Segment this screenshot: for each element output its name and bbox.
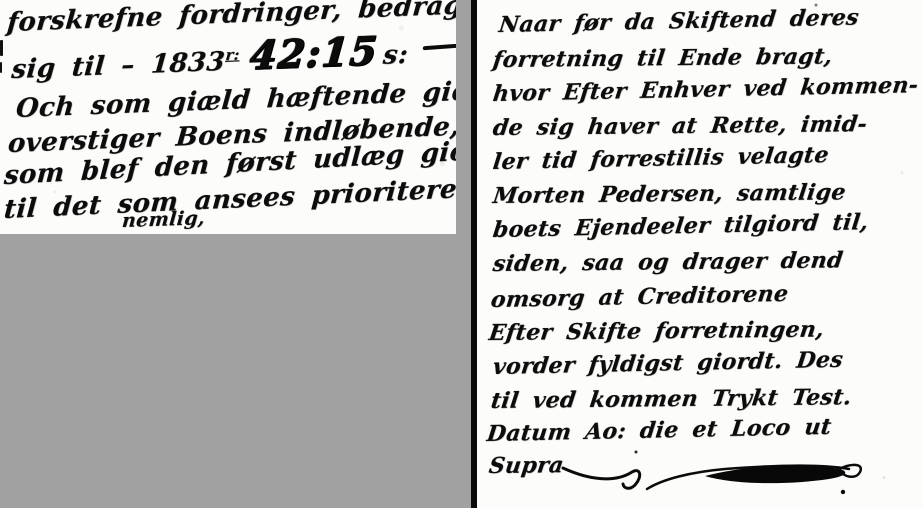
scan-edge-artifact (0, 40, 3, 56)
handwritten-line: ler tid forrestillis velagte (491, 142, 830, 175)
handwritten-line: forretning til Ende bragt, (491, 43, 834, 73)
handwritten-line: Morten Pedersen, samtlige (491, 179, 847, 209)
handwritten-line: siden, saa og drager dend (491, 247, 844, 277)
handwritten-line: Naar før da Skiftend deres (497, 4, 860, 38)
interlinear-insertion: nemlig, (121, 207, 206, 232)
handwritten-line: boets Ejendeeler tilgiord til, (491, 209, 869, 243)
handwritten-line: de sig haver at Rette, imid- (491, 111, 868, 141)
ink-speck (635, 451, 638, 454)
handwritten-line: hvor Efter Enhver ved kommen- (491, 72, 919, 107)
handwritten-line: til ved kommen Trykt Test. (489, 384, 853, 414)
currency-superscript: r: (225, 46, 241, 65)
amount-value: 42:15 (248, 28, 380, 79)
handwritten-line: vorder fyldigst giordt. Des (491, 347, 844, 380)
amount-prefix: sig til – 1833 (10, 47, 226, 85)
amount-unit: s: (382, 40, 410, 71)
right-page: Naar før da Skiftend deres forretning ti… (471, 0, 923, 508)
ink-dash-stroke (423, 38, 456, 51)
handwritten-line: omsorg at Creditorene (489, 281, 789, 313)
handwritten-line: Datum Ao: die et Loco ut (485, 414, 832, 447)
handwritten-line: Efter Skifte forretningen, (487, 316, 825, 346)
scan-edge-artifact (0, 62, 2, 73)
left-page-fragment: forskrefne fordringer, bedrager sig til … (0, 0, 456, 234)
handwritten-line: Supra (487, 452, 565, 479)
manuscript-scan: forskrefne fordringer, bedrager sig til … (0, 0, 923, 508)
ink-dot (841, 490, 845, 494)
